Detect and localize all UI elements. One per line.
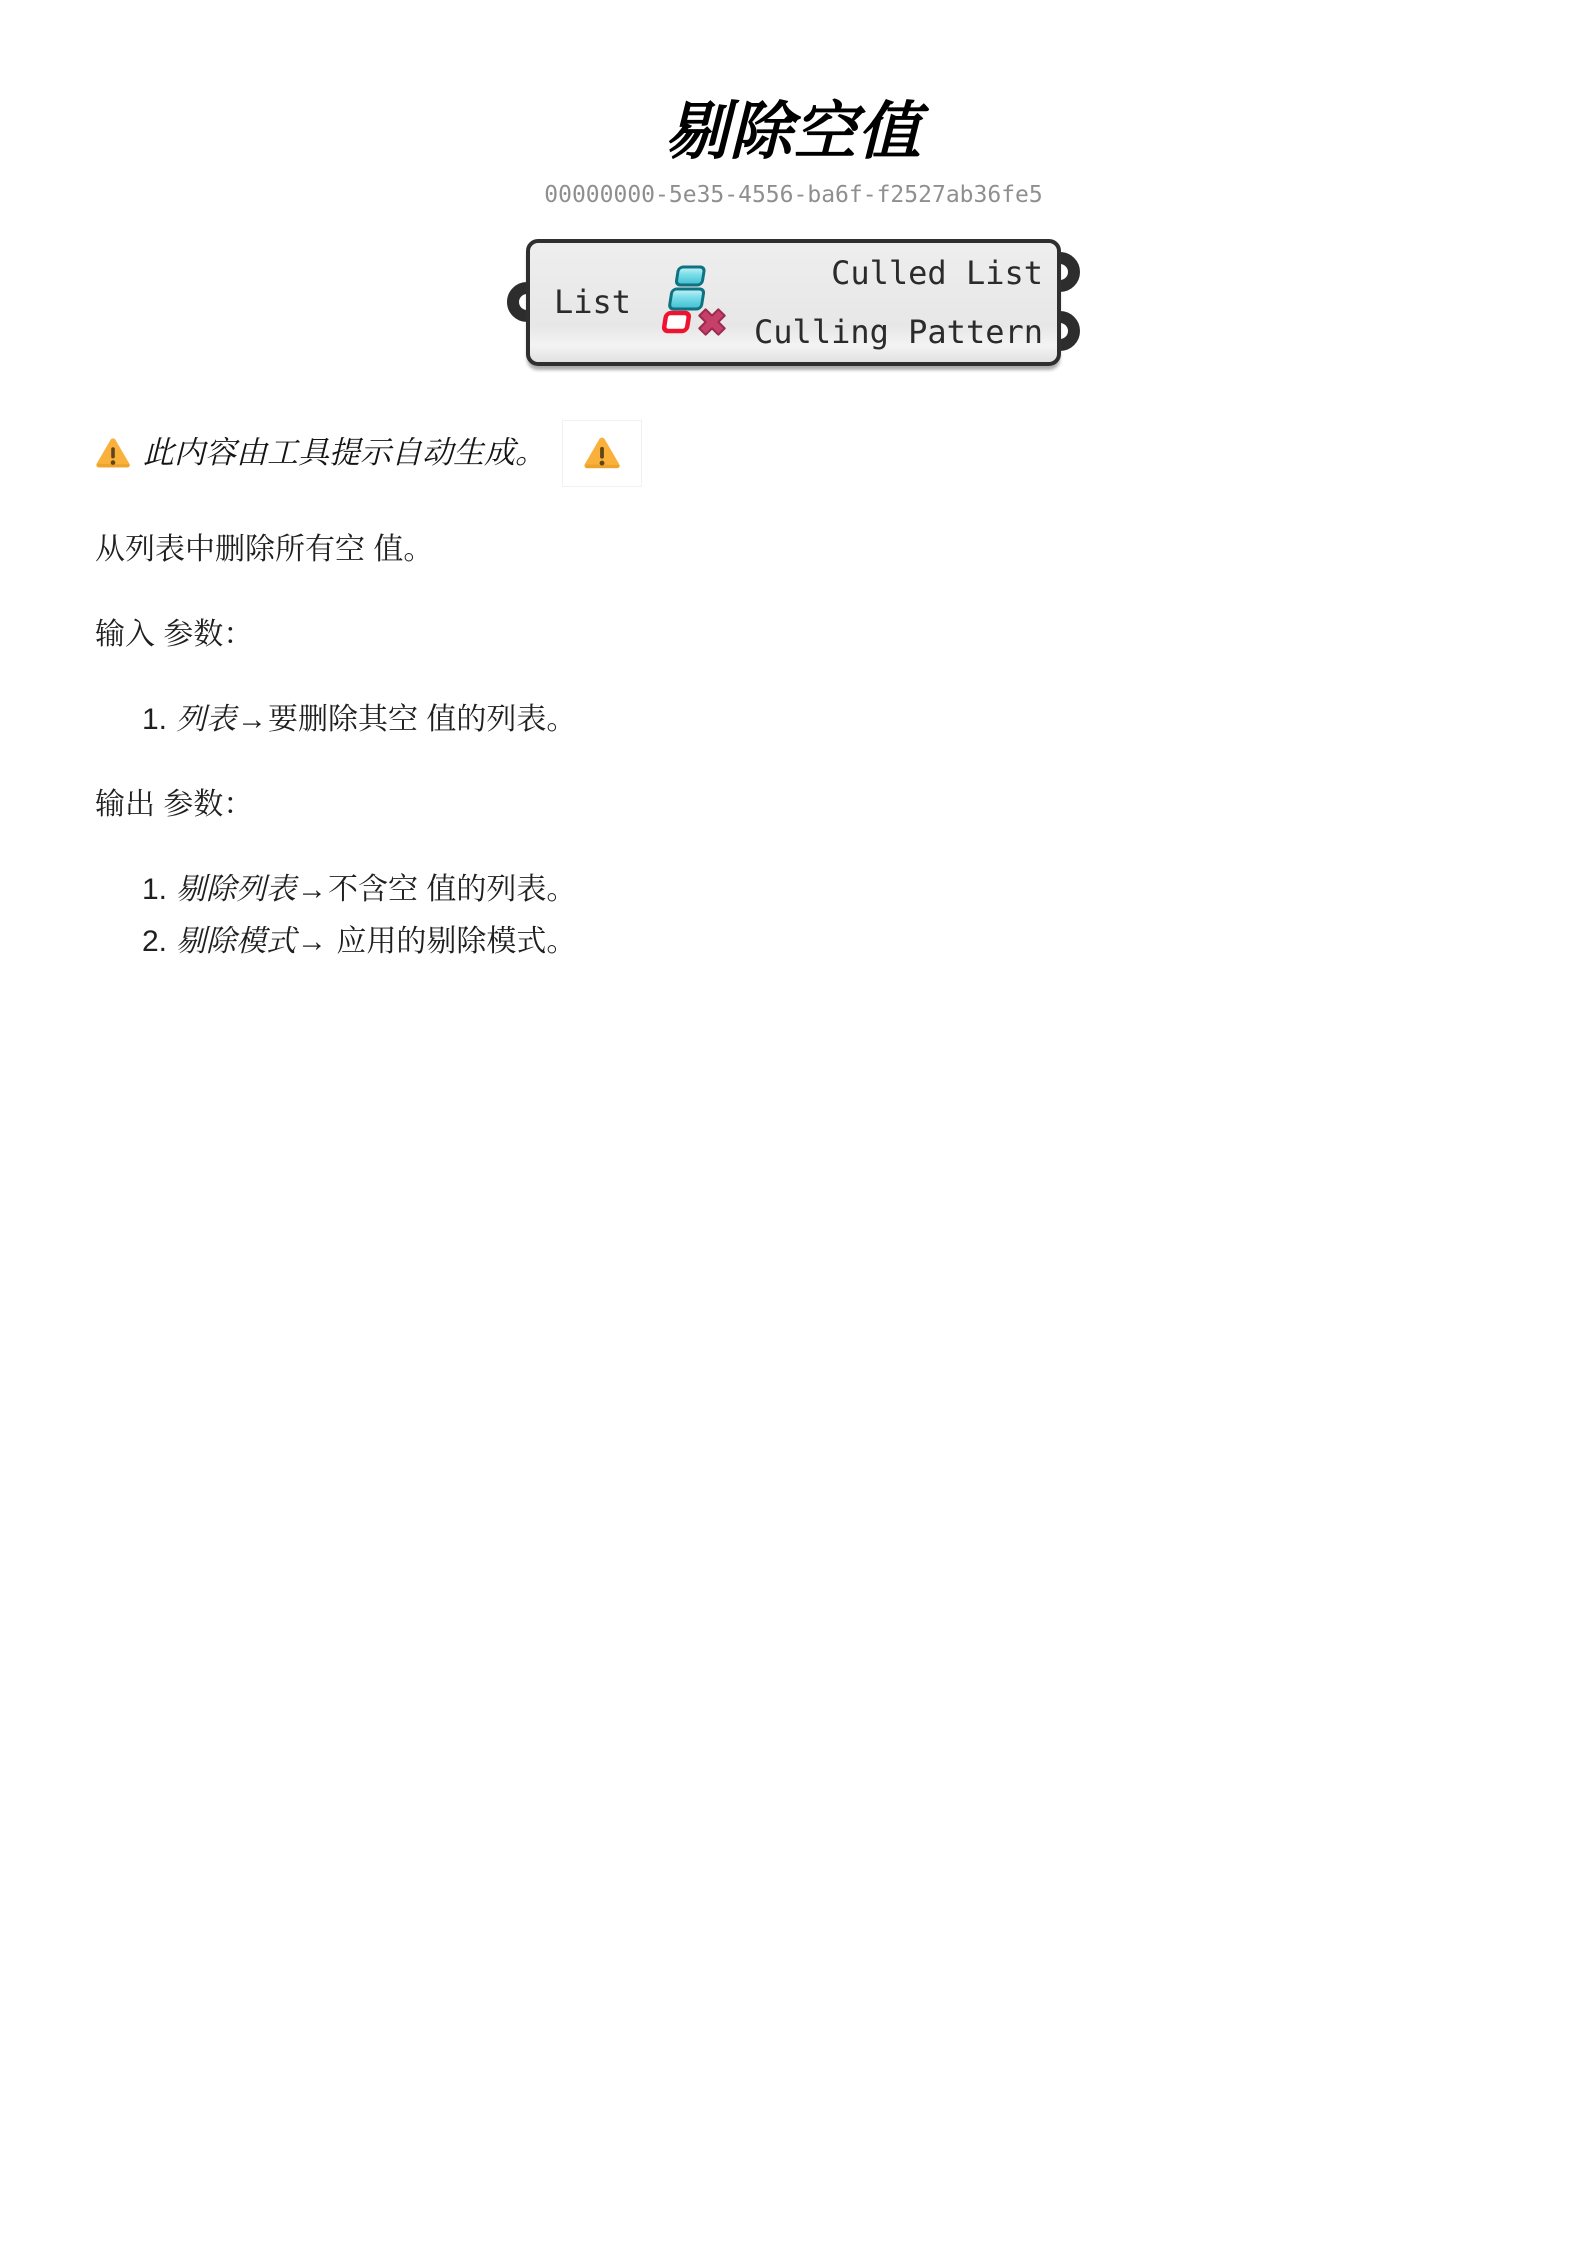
input-label: List bbox=[554, 278, 631, 326]
warning-icon bbox=[95, 437, 131, 470]
cull-nulls-component: List bbox=[526, 239, 1061, 366]
page-title: 剔除空值 bbox=[95, 96, 1492, 168]
input-param-item: 1. 列表→要删除其空 值的列表。 bbox=[142, 697, 1492, 742]
arrow-glyph: → bbox=[236, 703, 268, 736]
param-text: 剔除模式→ 应用的剔除模式。 bbox=[176, 919, 576, 964]
description: 从列表中删除所有空 值。 bbox=[95, 527, 1492, 572]
output-param-item: 1. 剔除列表→不含空 值的列表。 bbox=[142, 867, 1492, 912]
output-label-culling-pattern: Culling Pattern bbox=[754, 308, 1043, 356]
output-param-item: 2. 剔除模式→ 应用的剔除模式。 bbox=[142, 919, 1492, 964]
input-params-heading: 输入 参数： bbox=[95, 612, 1492, 657]
param-name: 列表 bbox=[176, 703, 236, 736]
cull-nulls-icon bbox=[650, 265, 728, 341]
arrow-glyph: → bbox=[296, 925, 328, 958]
list-number: 2. bbox=[142, 919, 176, 964]
output-params-list: 1. 剔除列表→不含空 值的列表。 2. 剔除模式→ 应用的剔除模式。 bbox=[95, 867, 1492, 964]
component-guid: 00000000-5e35-4556-ba6f-f2527ab36fe5 bbox=[95, 178, 1492, 213]
arrow-glyph: → bbox=[296, 873, 328, 906]
param-name: 剔除模式 bbox=[176, 925, 296, 958]
param-desc: 应用的剔除模式。 bbox=[328, 925, 576, 958]
list-number: 1. bbox=[142, 697, 176, 742]
auto-generated-warning: 此内容由工具提示自动生成。 bbox=[95, 420, 1492, 487]
warning-text: 此内容由工具提示自动生成。 bbox=[143, 430, 546, 477]
warning-icon-box bbox=[562, 420, 642, 487]
output-params-heading: 输出 参数： bbox=[95, 782, 1492, 827]
input-params-list: 1. 列表→要删除其空 值的列表。 bbox=[95, 697, 1492, 742]
param-desc: 不含空 值的列表。 bbox=[328, 873, 576, 906]
output-label-culled-list: Culled List bbox=[754, 249, 1043, 297]
component-inner: List bbox=[530, 243, 1057, 362]
list-number: 1. bbox=[142, 867, 176, 912]
param-name: 剔除列表 bbox=[176, 873, 296, 906]
document-page: 剔除空值 00000000-5e35-4556-ba6f-f2527ab36fe… bbox=[0, 96, 1587, 964]
param-desc: 要删除其空 值的列表。 bbox=[268, 703, 576, 736]
param-text: 剔除列表→不含空 值的列表。 bbox=[176, 867, 576, 912]
warning-icon bbox=[583, 436, 621, 471]
component-figure: List bbox=[526, 239, 1061, 372]
output-labels: Culled List Culling Pattern bbox=[754, 243, 1043, 362]
param-text: 列表→要删除其空 值的列表。 bbox=[176, 697, 576, 742]
